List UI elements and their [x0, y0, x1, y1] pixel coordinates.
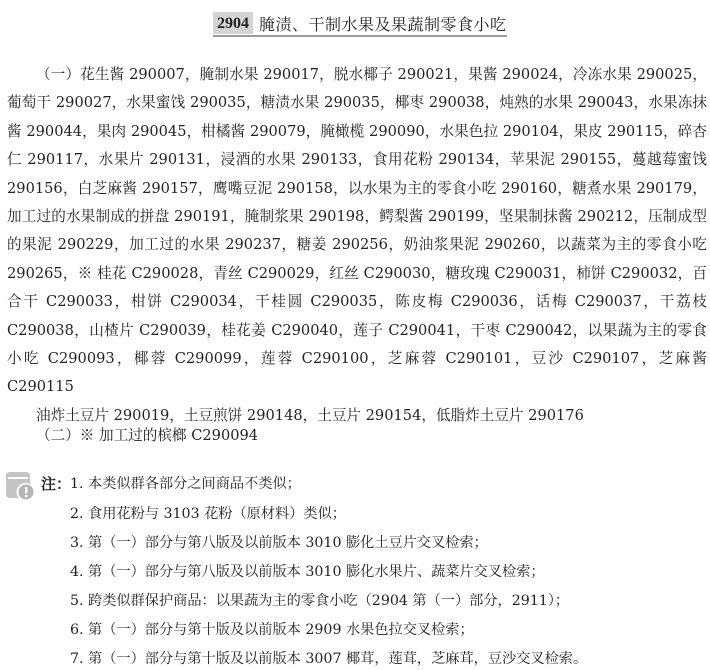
section-two: （二）※ 加工过的槟榔 C290094	[36, 422, 710, 450]
note-item-3: 3. 第（一）部分与第八版及以前版本 3010 膨化土豆片交叉检索；	[70, 529, 488, 557]
class-title: 腌渍、干制水果及果蔬制零食小吃	[259, 12, 507, 35]
notes-label: 注：	[41, 470, 71, 498]
section-two-goods-list: （二）※ 加工过的槟榔 C290094	[36, 422, 710, 450]
note-info-icon	[4, 470, 34, 500]
note-item-2: 2. 食用花粉与 3103 花粉（原材料）类似；	[70, 500, 346, 528]
class-code: 2904	[213, 12, 253, 34]
note-item-4: 4. 第（一）部分与第八版及以前版本 3010 膨化水果片、蔬菜片交叉检索；	[70, 558, 545, 586]
section-one: （一）花生酱 290007，腌制水果 290017，脱水椰子 290021，果酱…	[7, 61, 707, 430]
section-one-goods-list: （一）花生酱 290007，腌制水果 290017，脱水椰子 290021，果酱…	[7, 61, 707, 402]
note-item-7: 7. 第（一）部分与第十版及以前版本 3007 椰茸，莲茸，芝麻茸，豆沙交叉检索…	[70, 645, 587, 670]
class-heading: 2904 腌渍、干制水果及果蔬制零食小吃	[213, 12, 507, 37]
note-item-5: 5. 跨类似群保护商品：以果蔬为主的零食小吃（2904 第（一）部分，2911）…	[70, 587, 569, 615]
note-item-6: 6. 第（一）部分与第十版及以前版本 2909 水果色拉交叉检索；	[70, 616, 474, 644]
note-item-1: 1. 本类似群各部分之间商品不类似；	[70, 470, 301, 498]
